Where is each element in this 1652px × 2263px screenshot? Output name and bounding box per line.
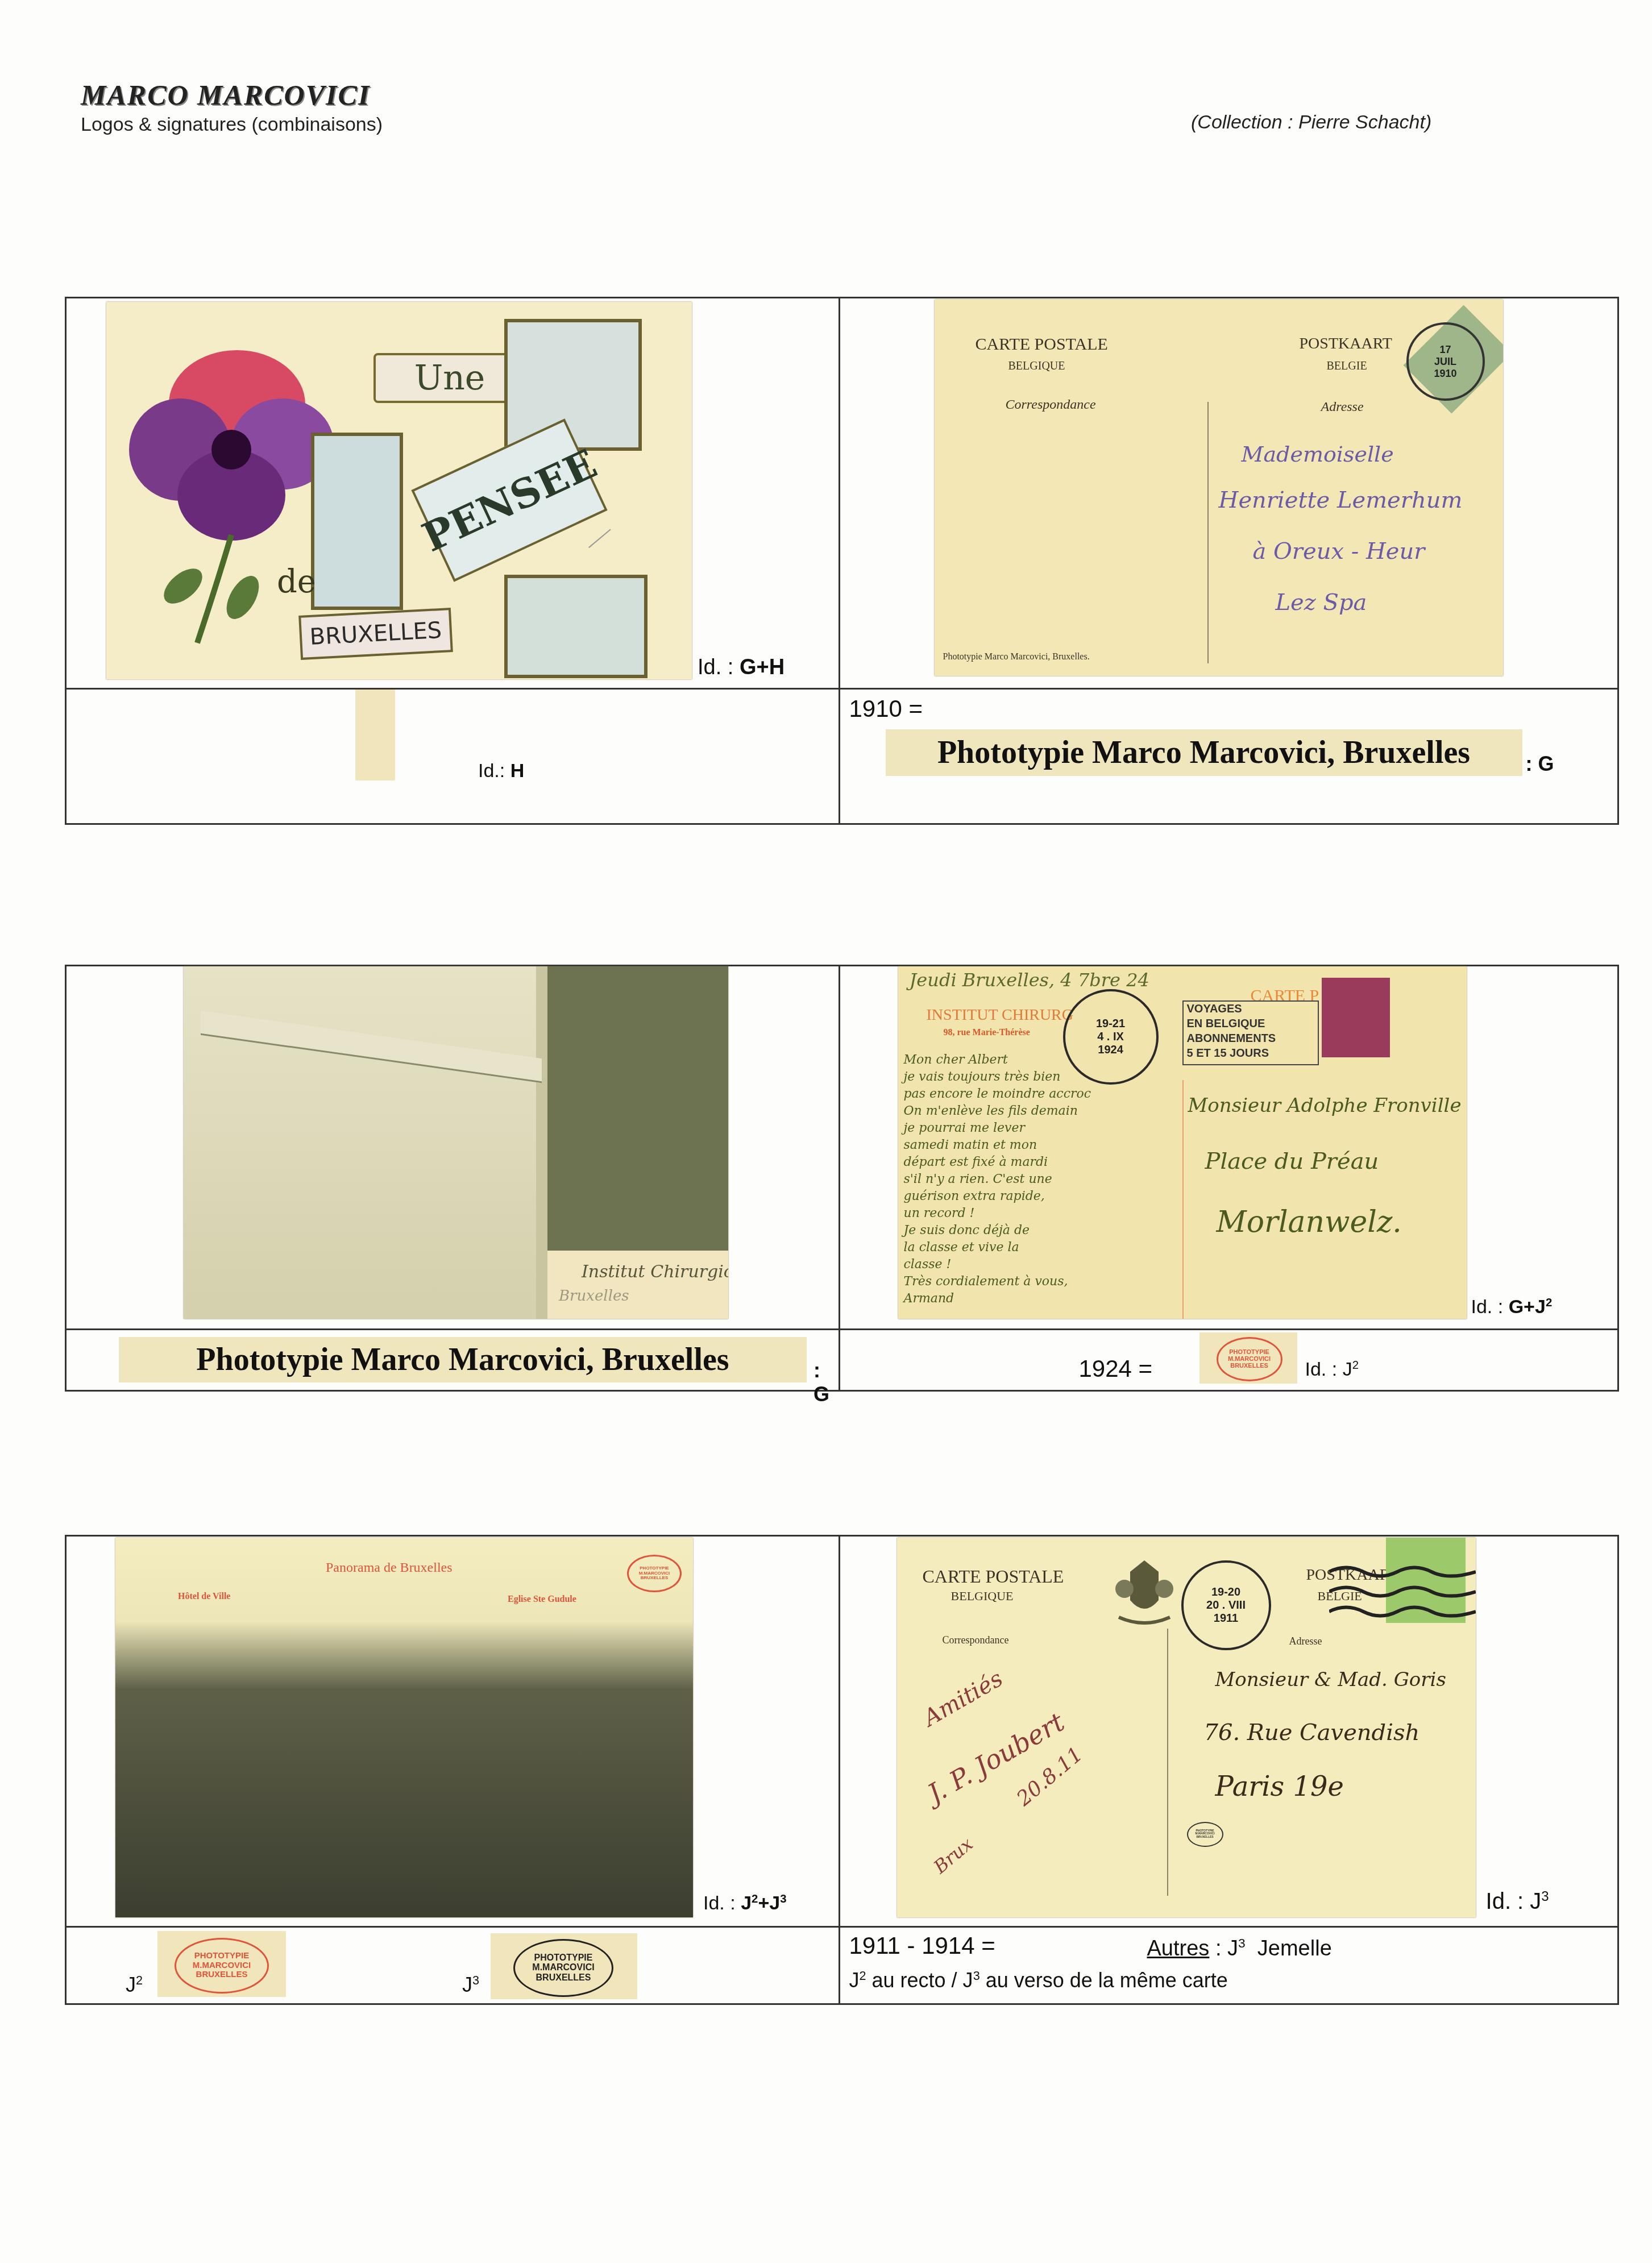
imprint: Phototypie Marco Marcovici, Bruxelles. xyxy=(943,652,1090,662)
logo-j2-stamp: PHOTOTYPIEM.MARCOVICIBRUXELLES xyxy=(1217,1337,1282,1381)
block-3-left-cell: Panorama de Bruxelles Hôtel de Ville Egl… xyxy=(66,1536,840,1927)
banner-de: de xyxy=(277,563,316,600)
id-label: Id. : G+J2 xyxy=(1471,1296,1553,1318)
id-label: Id. : J2 xyxy=(1305,1359,1359,1381)
imprint-code: : G xyxy=(813,1359,839,1406)
block-1: Une PENSEE de BRUXELLES Id. : G+H CARTE … xyxy=(65,297,1619,825)
logo-j2-stamp: PHOTOTYPIEM.MARCOVICIBRUXELLES xyxy=(627,1555,682,1592)
page-subtitle: Logos & signatures (combinaisons) xyxy=(81,114,383,136)
block-3-right-cell: CARTE POSTALE BELGIQUE Correspondance PO… xyxy=(839,1536,1618,1927)
id-label: Id. : J2+J3 xyxy=(703,1892,787,1915)
postcard-recto-pensee: Une PENSEE de BRUXELLES xyxy=(106,302,692,679)
year-label: 1911 - 1914 = xyxy=(849,1932,995,1959)
block-1-right-cell: CARTE POSTALE BELGIQUE Correspondance PO… xyxy=(839,298,1618,689)
id-label: Id.: H xyxy=(478,760,524,782)
logo-j3-stamp: PHOTOTYPIEM.MARCOVICIBRUXELLES xyxy=(513,1939,613,1997)
logo-j3-thumbnail: PHOTOTYPIEM.MARCOVICIBRUXELLES xyxy=(491,1933,637,1999)
postcard-verso-1911: CARTE POSTALE BELGIQUE Correspondance PO… xyxy=(897,1538,1476,1917)
block-2-left-cell: Institut Chirurgical Bruxelles xyxy=(66,966,840,1330)
block-3-row2-right: 1911 - 1914 = Autres : J3 Jemelle J2 au … xyxy=(839,1927,1618,2004)
postcard-recto-panorama: Panorama de Bruxelles Hôtel de Ville Egl… xyxy=(115,1538,693,1917)
postcard-verso-1910: CARTE POSTALE BELGIQUE Correspondance PO… xyxy=(935,300,1503,676)
banner-bruxelles: BRUXELLES xyxy=(298,608,453,660)
postmark: 17JUIL1910 xyxy=(1406,322,1485,401)
imprint-code: : G xyxy=(1526,752,1554,776)
flag-cancel: VOYAGESEN BELGIQUEABONNEMENTS5 ET 15 JOU… xyxy=(1182,1000,1319,1065)
signature-h-thumbnail xyxy=(355,690,395,780)
block-2-row2-left: Phototypie Marco Marcovici, Bruxelles : … xyxy=(66,1330,840,1391)
collection-credit: (Collection : Pierre Schacht) xyxy=(1191,111,1431,134)
logo-j2-label: J2 xyxy=(126,1973,143,1997)
block-1-row2-left: Id.: H xyxy=(66,689,840,824)
postmark: 19-2020 . VIII1911 xyxy=(1181,1560,1271,1650)
handwritten-message: Mon cher Albertje vais toujours très bie… xyxy=(904,1052,1177,1307)
id-label: Id. : J3 xyxy=(1486,1889,1549,1915)
block-1-left-cell: Une PENSEE de BRUXELLES Id. : G+H xyxy=(66,298,840,689)
block-1-row2-right: 1910 = Phototypie Marco Marcovici, Bruxe… xyxy=(839,689,1618,824)
banner-une: Une xyxy=(373,353,526,403)
imprint-strip: Phototypie Marco Marcovici, Bruxelles xyxy=(119,1337,807,1382)
vignette-theatre-icon xyxy=(504,575,647,678)
block-2: Institut Chirurgical Bruxelles Jeudi Bru… xyxy=(65,965,1619,1392)
block-2-right-cell: Jeudi Bruxelles, 4 7bre 24 INSTITUT CHIR… xyxy=(839,966,1618,1330)
block-3-row2-left: J2 PHOTOTYPIEM.MARCOVICIBRUXELLES J3 PHO… xyxy=(66,1927,840,2004)
id-label: Id. : G+H xyxy=(698,655,785,680)
logo-j3-label: J3 xyxy=(462,1973,479,1997)
recto-verso-note: J2 au recto / J3 au verso de la même car… xyxy=(849,1969,1228,1992)
others-note: Autres : J3 Jemelle xyxy=(1147,1936,1332,1961)
postcard-verso-1924: Jeudi Bruxelles, 4 7bre 24 INSTITUT CHIR… xyxy=(898,966,1467,1319)
vignette-building-icon xyxy=(504,319,642,451)
block-3: Panorama de Bruxelles Hôtel de Ville Egl… xyxy=(65,1535,1619,2005)
logo-j2-thumbnail: PHOTOTYPIEM.MARCOVICIBRUXELLES xyxy=(1199,1332,1297,1384)
logo-j3-stamp: PHOTOTYPIEM.MARCOVICIBRUXELLES xyxy=(1187,1822,1223,1847)
wavy-cancel-icon xyxy=(1329,1560,1476,1629)
logo-j2-stamp: PHOTOTYPIEM.MARCOVICIBRUXELLES xyxy=(175,1938,269,1994)
block-2-row2-right: 1924 = PHOTOTYPIEM.MARCOVICIBRUXELLES Id… xyxy=(839,1330,1618,1391)
belgian-coat-of-arms-icon xyxy=(1113,1555,1176,1629)
imprint-strip: Phototypie Marco Marcovici, Bruxelles xyxy=(886,729,1522,776)
page-title: MARCO MARCOVICI xyxy=(81,78,370,111)
year-label: 1924 = xyxy=(1079,1355,1153,1382)
stamp-purple-icon xyxy=(1322,978,1390,1057)
postcard-recto-institut: Institut Chirurgical Bruxelles xyxy=(184,966,728,1319)
logo-j2-thumbnail: PHOTOTYPIEM.MARCOVICIBRUXELLES xyxy=(157,1931,286,1997)
year-label: 1910 = xyxy=(849,695,923,723)
vignette-grand-place-icon xyxy=(311,433,403,610)
